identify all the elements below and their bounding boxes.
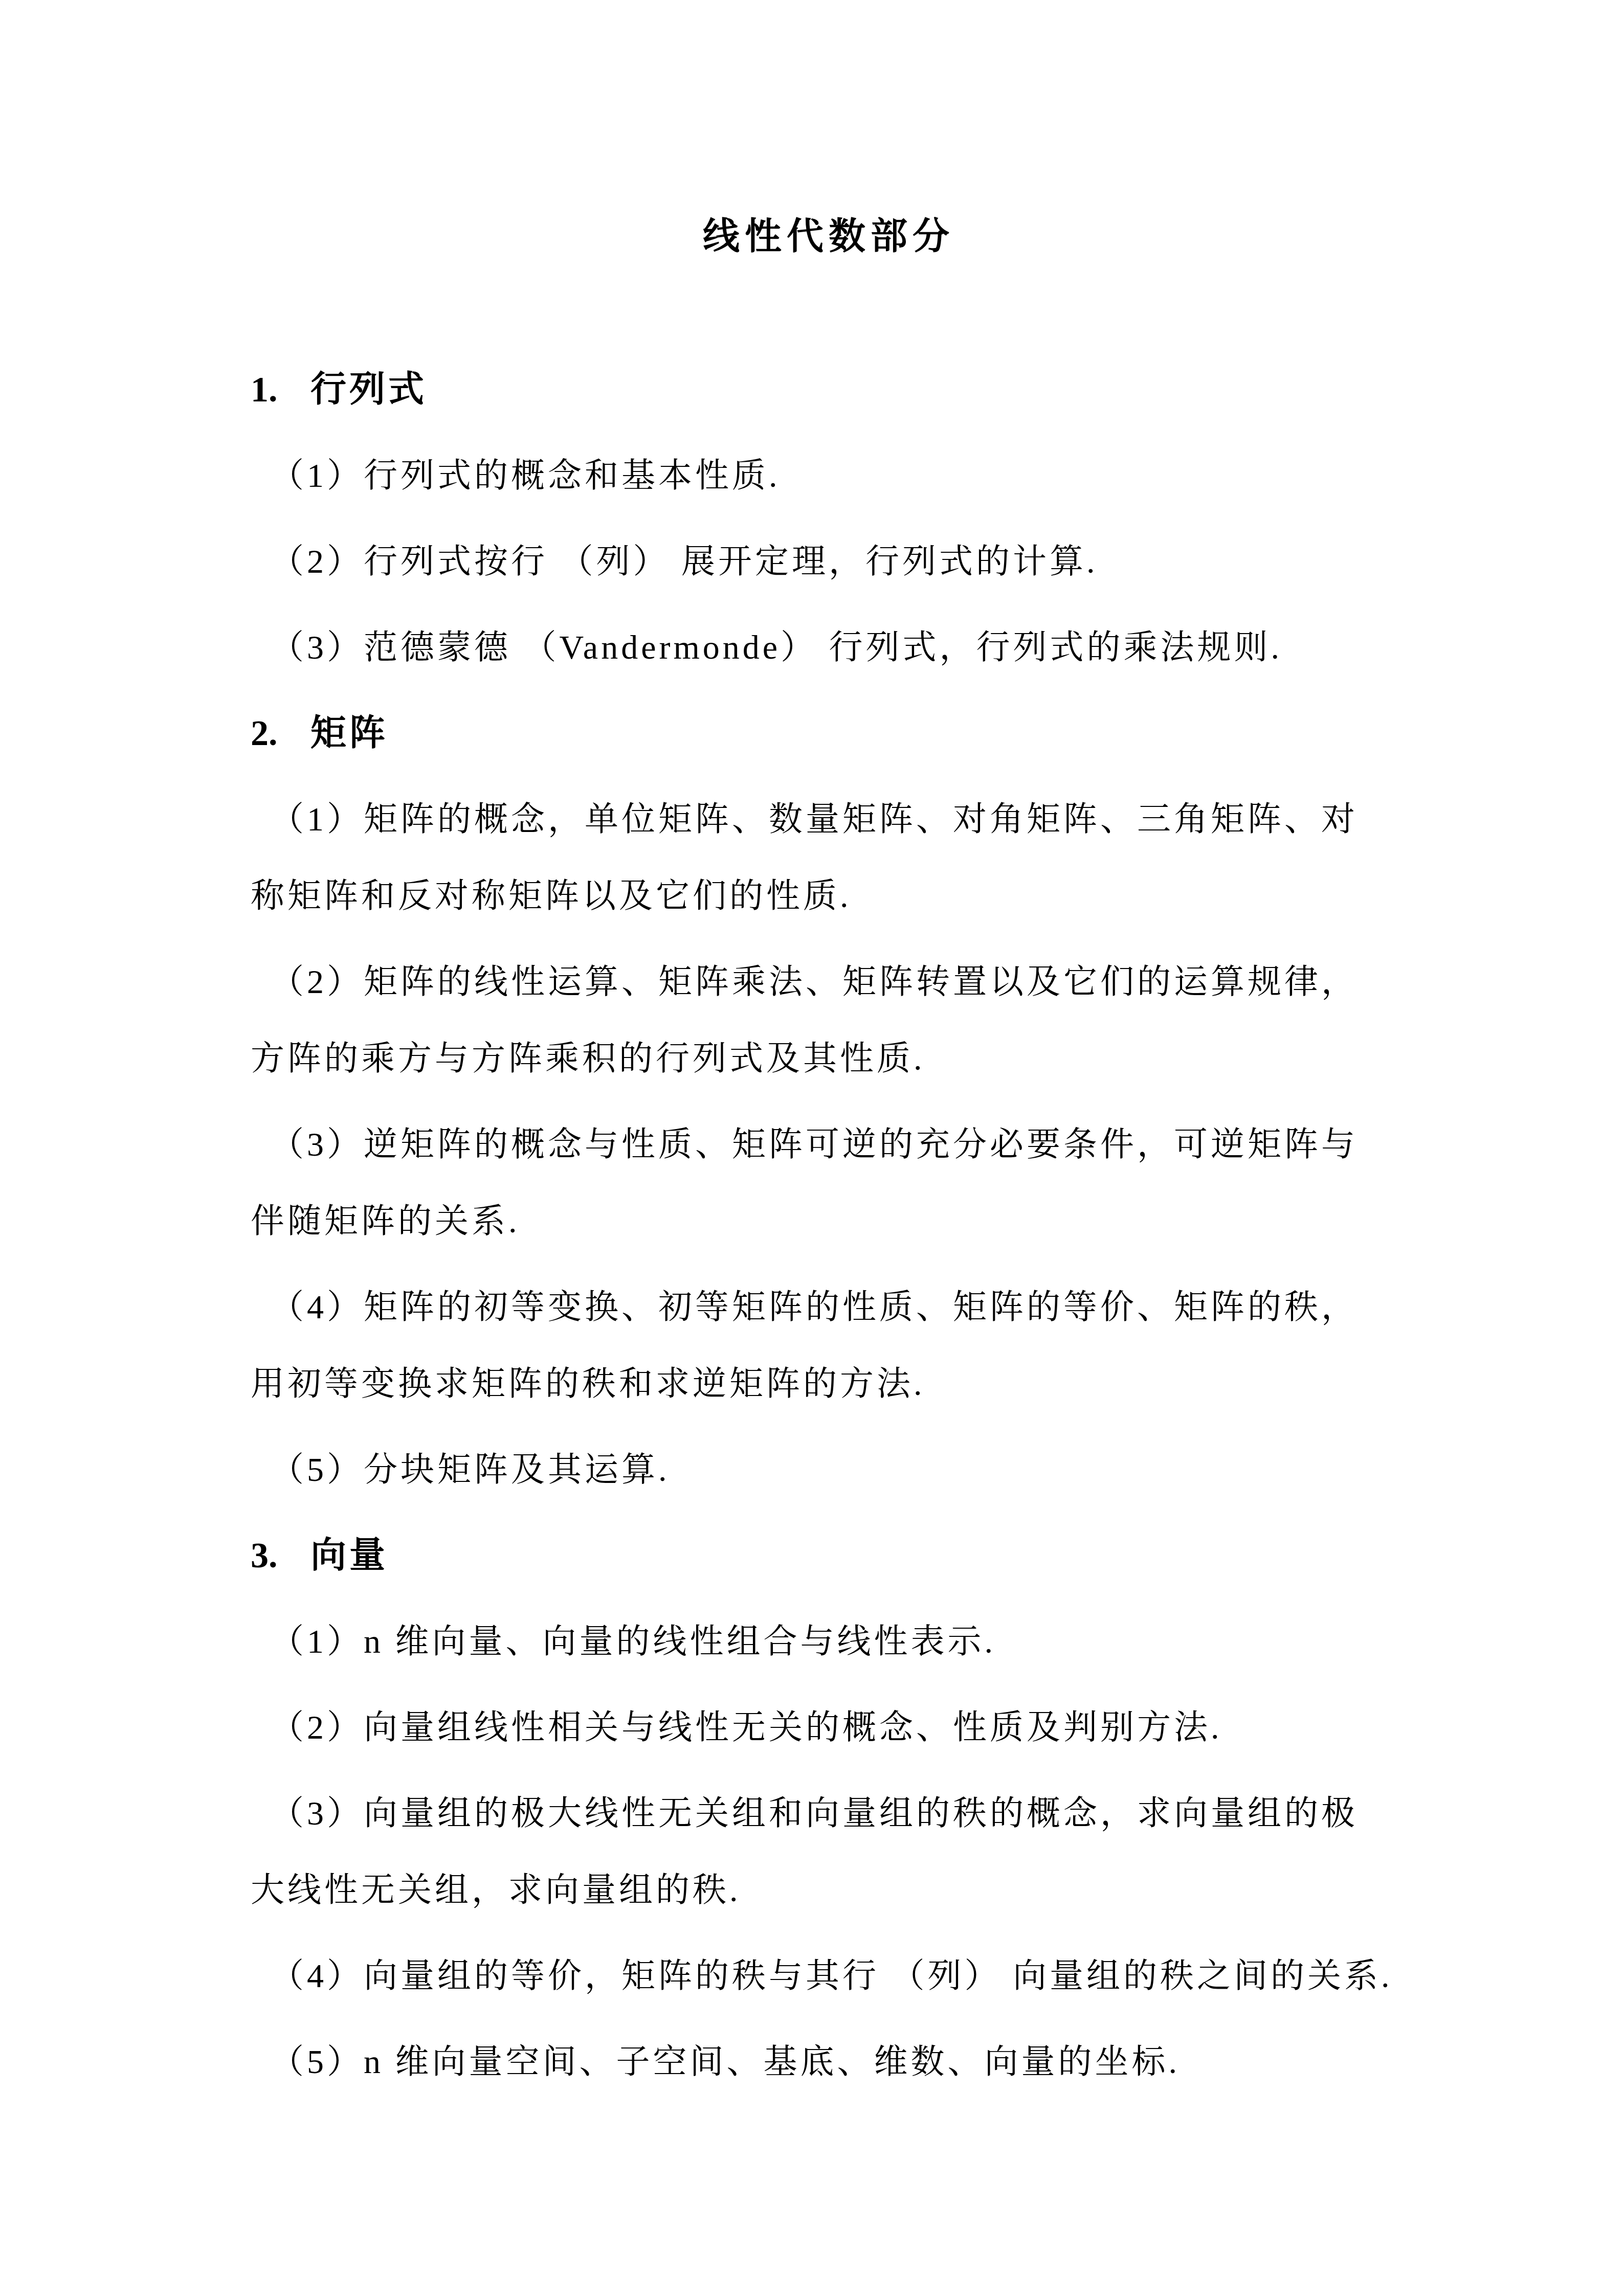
section-1-heading: 1.行列式 <box>251 352 1407 429</box>
syllabus-item: （2）矩阵的线性运算、矩阵乘法、矩阵转置以及它们的运算规律， 方阵的乘方与方阵乘… <box>251 944 1407 1097</box>
syllabus-item: （3）范德蒙德 （Vandermonde） 行列式，行列式的乘法规则. <box>251 610 1407 686</box>
document-content: 线性代数部分 1.行列式 （1）行列式的概念和基本性质. （2）行列式按行 （列… <box>251 0 1407 2110</box>
section-determinants: 1.行列式 （1）行列式的概念和基本性质. （2）行列式按行 （列） 展开定理，… <box>251 352 1407 686</box>
section-vectors: 3.向量 （1）n 维向量、向量的线性组合与线性表示. （2）向量组线性相关与线… <box>251 1518 1407 2101</box>
syllabus-item: （1）行列式的概念和基本性质. <box>251 438 1407 514</box>
syllabus-item: （4）向量组的等价，矩阵的秩与其行 （列） 向量组的秩之间的关系. <box>251 1938 1407 2015</box>
document-page: 线性代数部分 1.行列式 （1）行列式的概念和基本性质. （2）行列式按行 （列… <box>0 0 1624 2296</box>
document-title: 线性代数部分 <box>251 0 1407 275</box>
syllabus-item: （5）分块矩阵及其运算. <box>251 1432 1407 1509</box>
section-2-heading: 2.矩阵 <box>251 695 1407 772</box>
syllabus-item: （2）行列式按行 （列） 展开定理，行列式的计算. <box>251 524 1407 600</box>
syllabus-item: （5）n 维向量空间、子空间、基底、维数、向量的坐标. <box>251 2024 1407 2101</box>
section-3-number: 3. <box>251 1518 310 1594</box>
syllabus-item: （1）n 维向量、向量的线性组合与线性表示. <box>251 1604 1407 1680</box>
section-3-title: 向量 <box>310 1536 388 1575</box>
section-1-title: 行列式 <box>310 370 427 410</box>
section-matrices: 2.矩阵 （1）矩阵的概念，单位矩阵、数量矩阵、对角矩阵、三角矩阵、对 称矩阵和… <box>251 695 1407 1509</box>
section-2-number: 2. <box>251 695 310 772</box>
syllabus-item: （2）向量组线性相关与线性无关的概念、性质及判别方法. <box>251 1690 1407 1766</box>
syllabus-item: （3）逆矩阵的概念与性质、矩阵可逆的充分必要条件，可逆矩阵与 伴随矩阵的关系. <box>251 1107 1407 1260</box>
syllabus-item: （4）矩阵的初等变换、初等矩阵的性质、矩阵的等价、矩阵的秩， 用初等变换求矩阵的… <box>251 1269 1407 1423</box>
section-1-number: 1. <box>251 352 310 429</box>
section-2-title: 矩阵 <box>310 714 388 753</box>
syllabus-item: （3）向量组的极大线性无关组和向量组的秩的概念，求向量组的极 大线性无关组，求向… <box>251 1775 1407 1929</box>
syllabus-item: （1）矩阵的概念，单位矩阵、数量矩阵、对角矩阵、三角矩阵、对 称矩阵和反对称矩阵… <box>251 781 1407 935</box>
section-3-heading: 3.向量 <box>251 1518 1407 1594</box>
